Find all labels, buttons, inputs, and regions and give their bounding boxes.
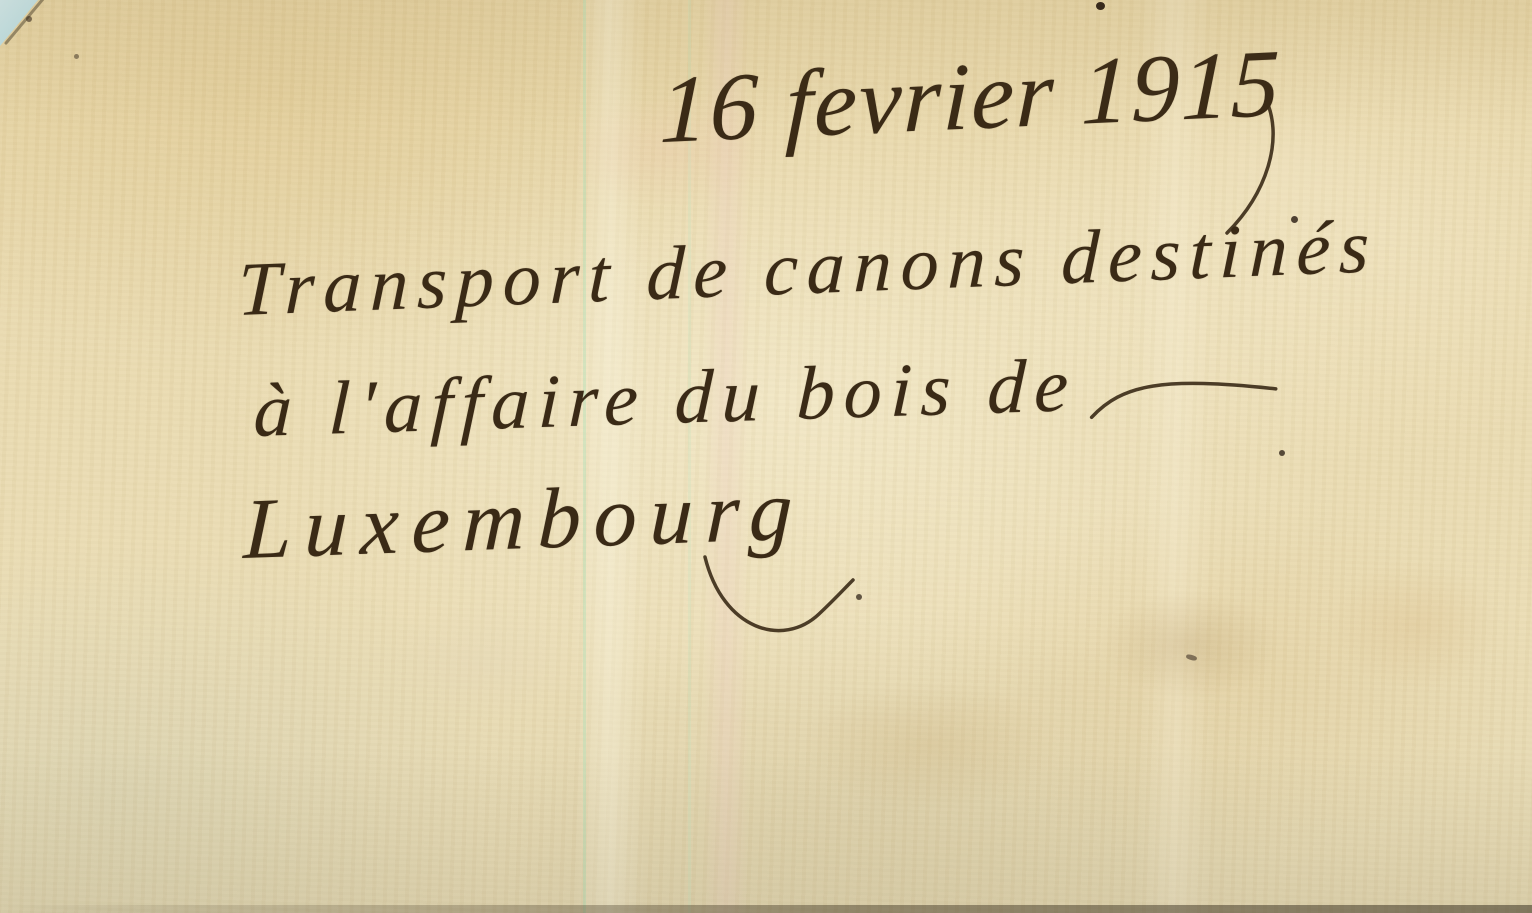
torn-corner-edge: [4, 0, 46, 45]
paper-stain: [1100, 590, 1280, 700]
ink-speck: [1186, 654, 1198, 662]
card-bottom-edge-shadow: [0, 905, 1532, 913]
scan-line-artifact: [583, 0, 586, 913]
pen-flourish-after-de: [1087, 369, 1284, 428]
paper-stain: [380, 600, 580, 720]
handwritten-line-affaire: à l'affaire du bois de: [253, 347, 1079, 449]
ink-speck: [26, 16, 32, 22]
ink-speck: [1279, 450, 1285, 456]
handwritten-line-luxembourg: Luxembourg: [242, 466, 806, 572]
paper-stain: [1330, 560, 1500, 690]
handwritten-date: 16 fevrier 1915: [659, 35, 1283, 158]
handwritten-note-card: 16 fevrier 1915 Transport de canons dest…: [0, 0, 1532, 913]
ink-speck: [1096, 2, 1105, 10]
paper-stain: [800, 680, 1060, 810]
paper-streak: [575, 0, 645, 913]
pen-flourish-luxembourg-tail: [695, 552, 865, 662]
ink-speck: [74, 54, 79, 59]
ink-speck: [856, 594, 862, 600]
handwritten-line-transport: Transport de canons destinés: [237, 208, 1379, 328]
torn-corner-backing: [0, 0, 38, 46]
